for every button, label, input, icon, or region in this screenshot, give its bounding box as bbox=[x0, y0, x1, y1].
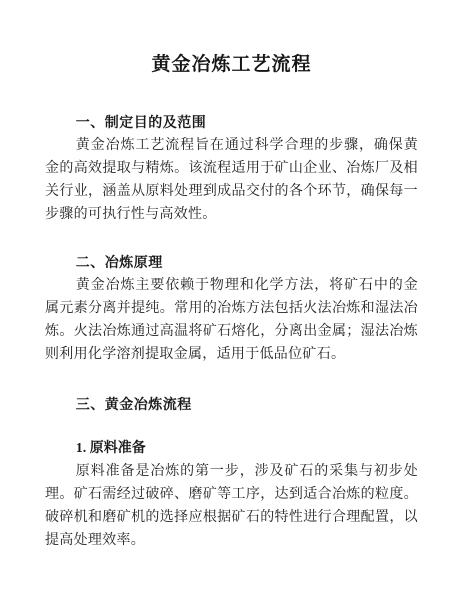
paragraph-smelting-principle: 黄金冶炼主要依赖于物理和化学方法，将矿石中的金属元素分离并提纯。常用的冶炼方法包… bbox=[45, 274, 418, 366]
section-heading-purpose-scope: 一、制定目的及范围 bbox=[45, 111, 418, 134]
paragraph-purpose-scope: 黄金冶炼工艺流程旨在通过科学合理的步骤，确保黄金的高效提取与精炼。该流程适用于矿… bbox=[45, 134, 418, 226]
document-title: 黄金冶炼工艺流程 bbox=[45, 53, 418, 77]
paragraph-raw-material-preparation: 原料准备是冶炼的第一步，涉及矿石的采集与初步处理。矿石需经过破碎、磨矿等工序，达… bbox=[45, 460, 418, 552]
subsection-heading-raw-material-preparation: 1. 原料准备 bbox=[45, 437, 418, 460]
section-heading-smelting-process: 三、黄金冶炼流程 bbox=[45, 393, 418, 416]
document-page: 黄金冶炼工艺流程 一、制定目的及范围 黄金冶炼工艺流程旨在通过科学合理的步骤，确… bbox=[0, 0, 463, 600]
section-heading-smelting-principle: 二、冶炼原理 bbox=[45, 251, 418, 274]
